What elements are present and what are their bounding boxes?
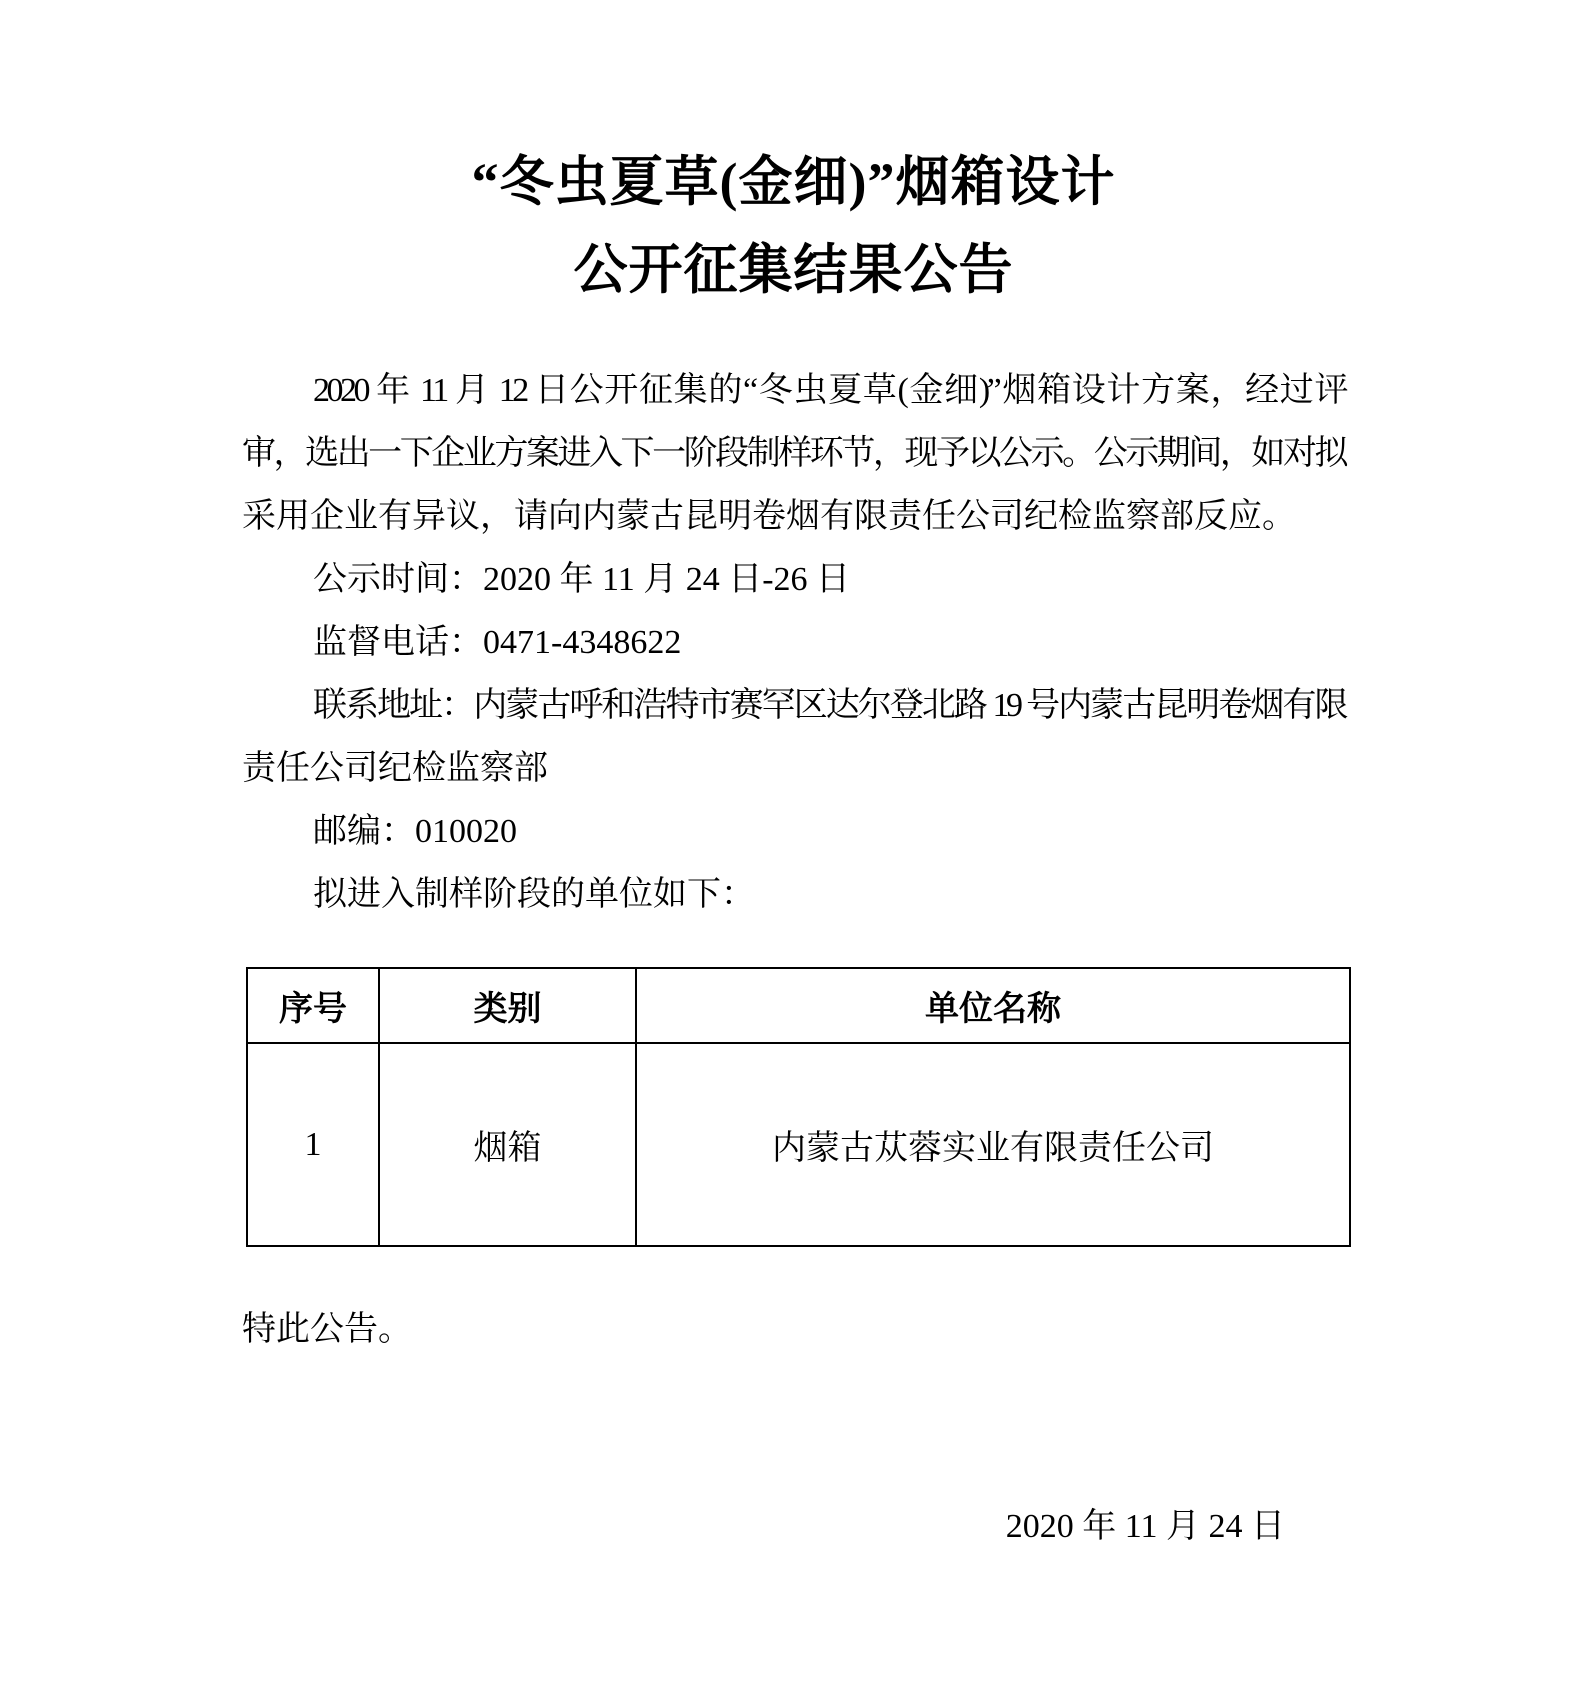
document-content: “冬虫夏草(金细)”烟箱设计 公开征集结果公告 2020 年 11 月 12 日… [242,0,1345,1558]
document-title: “冬虫夏草(金细)”烟箱设计 公开征集结果公告 [242,0,1345,314]
contact-address-line-2: 责任公司纪检监察部 [242,737,1345,800]
document-page: “冬虫夏草(金细)”烟箱设计 公开征集结果公告 2020 年 11 月 12 日… [0,0,1587,1699]
supervision-phone-line: 监督电话：0471-4348622 [242,611,1345,674]
publicity-time-line: 公示时间：2020 年 11 月 24 日-26 日 [242,548,1345,611]
postal-code-line: 邮编：010020 [242,800,1345,863]
document-body: 2020 年 11 月 12 日公开征集的“冬虫夏草(金细)”烟箱设计方案，经过… [242,359,1345,926]
intro-line-1: 2020 年 11 月 12 日公开征集的“冬虫夏草(金细)”烟箱设计方案，经过… [242,359,1345,422]
table-cell-category: 烟箱 [379,1043,636,1246]
table-header-category: 类别 [379,968,636,1043]
intro-line-3: 采用企业有异议，请向内蒙古昆明卷烟有限责任公司纪检监察部反应。 [242,485,1345,548]
closing-statement: 特此公告。 [242,1298,1345,1361]
table-cell-unit-name: 内蒙古苁蓉实业有限责任公司 [636,1043,1350,1246]
units-table: 序号 类别 单位名称 1 烟箱 内蒙古苁蓉实业有限责任公司 [246,967,1351,1247]
table-cell-serial-number: 1 [247,1043,379,1246]
contact-address-line-1: 联系地址：内蒙古呼和浩特市赛罕区达尔登北路 19 号内蒙古昆明卷烟有限 [242,674,1345,737]
table-intro-line: 拟进入制样阶段的单位如下： [242,863,1345,926]
table-header-serial-number: 序号 [247,968,379,1043]
signature-date: 2020 年 11 月 24 日 [242,1495,1345,1558]
document-title-line-1: “冬虫夏草(金细)”烟箱设计 [242,138,1345,226]
table-row: 1 烟箱 内蒙古苁蓉实业有限责任公司 [247,1043,1350,1246]
document-title-line-2: 公开征集结果公告 [242,226,1345,314]
table-header-unit-name: 单位名称 [636,968,1350,1043]
intro-line-2: 审，选出一下企业方案进入下一阶段制样环节，现予以公示。公示期间，如对拟 [242,422,1345,485]
table-header-row: 序号 类别 单位名称 [247,968,1350,1043]
